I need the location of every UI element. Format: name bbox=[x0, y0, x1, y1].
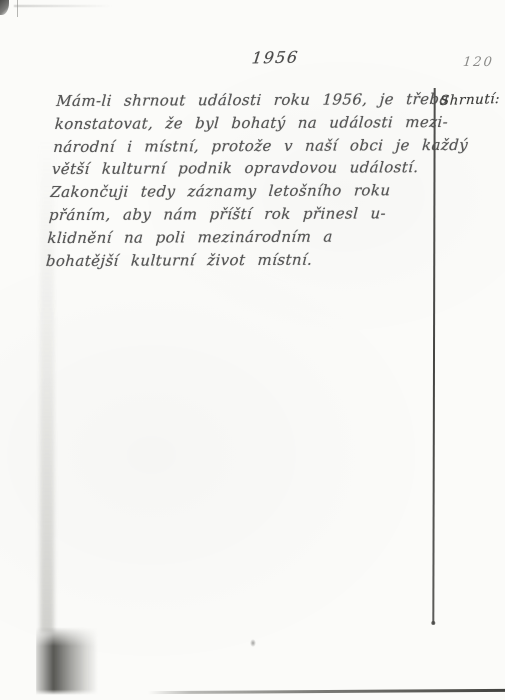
body-line: Mám-li shrnout události roku 1956, je tř… bbox=[56, 88, 439, 113]
handwritten-body-text: Mám-li shrnout události roku 1956, je tř… bbox=[45, 88, 439, 272]
margin-note: Shrnutí: bbox=[440, 91, 501, 109]
body-line: přáním, aby nám příští rok přinesl u- bbox=[48, 202, 431, 227]
body-line: Zakončuji tedy záznamy letošního roku bbox=[50, 179, 433, 204]
margin-rule-line bbox=[432, 88, 435, 624]
scan-corner-line-artifact bbox=[17, 0, 18, 17]
scan-corner-artifact bbox=[0, 0, 9, 15]
scanned-chronicle-page: 1956 120 Mám-li shrnout události roku 19… bbox=[0, 0, 505, 700]
scan-scratch-artifact bbox=[14, 5, 112, 7]
body-line: větší kulturní podnik opravdovou událost… bbox=[51, 156, 434, 181]
body-line: konstatovat, že byl bohatý na události m… bbox=[54, 111, 437, 136]
bottom-scan-edge-line bbox=[148, 689, 505, 694]
ink-speck bbox=[250, 639, 256, 647]
page-number: 120 bbox=[462, 55, 494, 70]
body-line: národní i místní, protože v naší obci je… bbox=[53, 134, 436, 159]
body-line: klidnění na poli mezinárodním a bbox=[47, 225, 430, 250]
year-heading: 1956 bbox=[251, 48, 300, 68]
bottom-left-smudge bbox=[36, 627, 98, 695]
body-line: bohatější kulturní život místní. bbox=[45, 248, 428, 273]
